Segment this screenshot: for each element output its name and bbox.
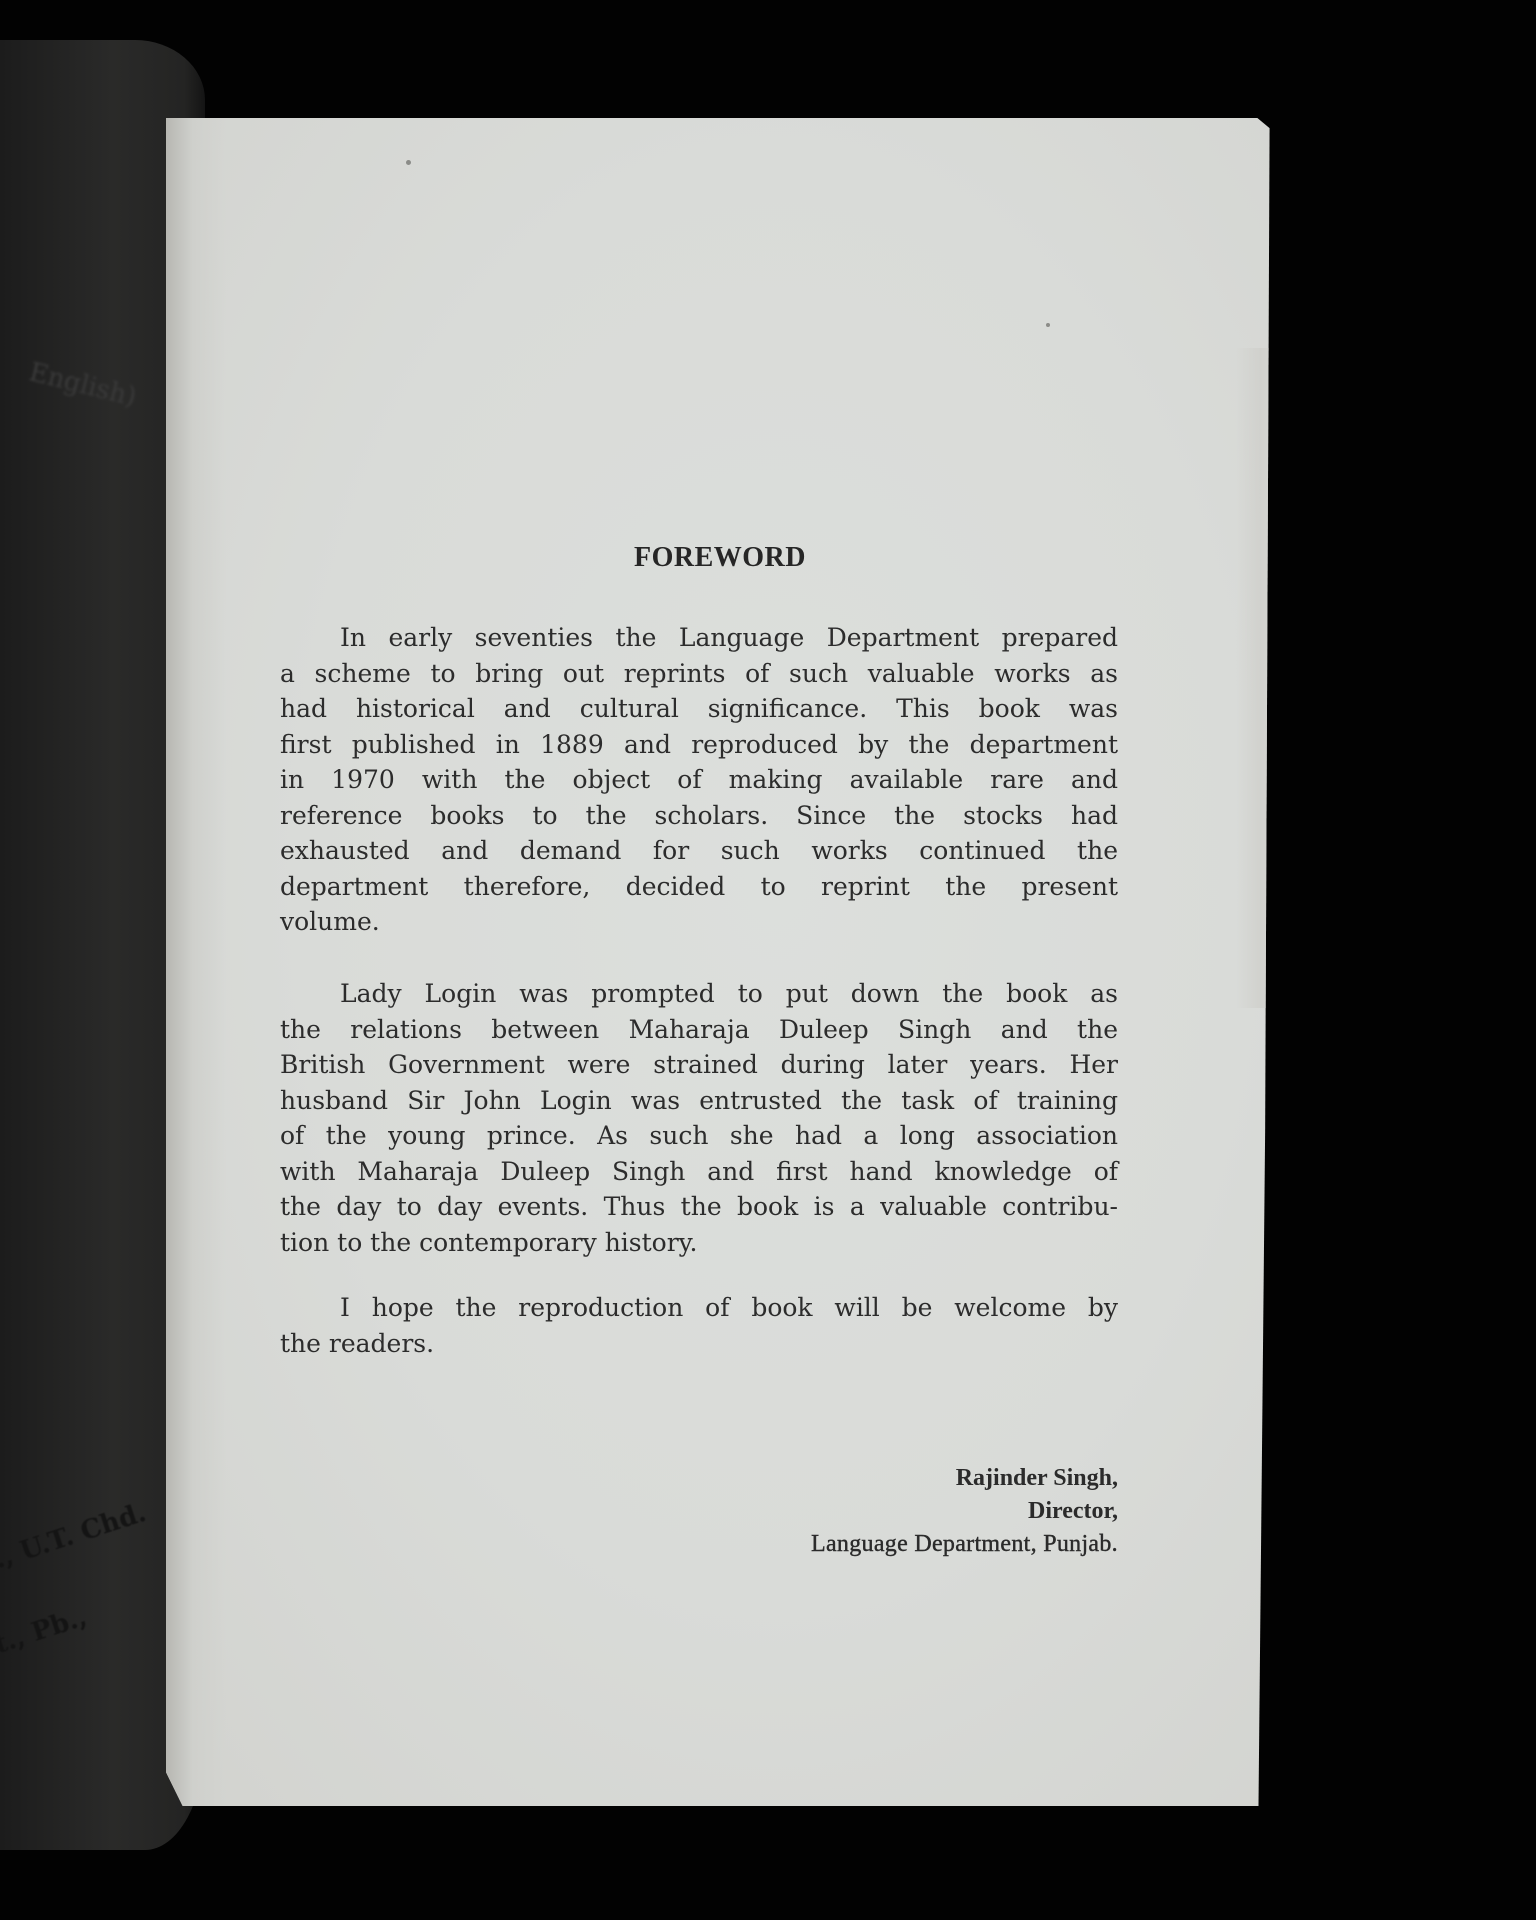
page-title: FOREWORD xyxy=(166,542,1274,574)
text-line: the relations between Maharaja Duleep Si… xyxy=(280,1012,1118,1048)
text-line: of the young prince. As such she had a l… xyxy=(280,1118,1118,1154)
text-line: a scheme to bring out reprints of such v… xyxy=(280,656,1118,692)
text-line: reference books to the scholars. Since t… xyxy=(280,798,1118,834)
paragraph-2: Lady Login was prompted to put down the … xyxy=(280,976,1118,1260)
page-fold-crease xyxy=(1236,348,1276,1008)
gutter-shadow xyxy=(166,118,226,1806)
text-line: the readers. xyxy=(280,1326,1118,1362)
text-line: husband Sir John Login was entrusted the… xyxy=(280,1083,1118,1119)
text-line: British Government were strained during … xyxy=(280,1047,1118,1083)
text-line: exhausted and demand for such works cont… xyxy=(280,833,1118,869)
text-line: had historical and cultural significance… xyxy=(280,691,1118,727)
paragraph-1: In early seventies the Language Departme… xyxy=(280,620,1118,940)
previous-page-text: ., U.T. Chd. xyxy=(0,1498,150,1575)
previous-page-text: English) xyxy=(26,357,139,413)
text-line: In early seventies the Language Departme… xyxy=(280,620,1118,656)
text-line: first published in 1889 and reproduced b… xyxy=(280,727,1118,763)
photo-scene: English) ., U.T. Chd. t., Pb., FOREWORD … xyxy=(0,0,1536,1920)
paragraph-3: I hope the reproduction of book will be … xyxy=(280,1290,1118,1361)
text-line: tion to the contemporary history. xyxy=(280,1225,1118,1261)
text-line: I hope the reproduction of book will be … xyxy=(280,1290,1118,1326)
text-line: Lady Login was prompted to put down the … xyxy=(280,976,1118,1012)
text-line: with Maharaja Duleep Singh and first han… xyxy=(280,1154,1118,1190)
text-line: in 1970 with the object of making availa… xyxy=(280,762,1118,798)
signatory-name: Rajinder Singh, xyxy=(811,1462,1118,1495)
signatory-department: Language Department, Punjab. xyxy=(811,1528,1118,1561)
signatory-title: Director, xyxy=(811,1495,1118,1528)
text-line: the day to day events. Thus the book is … xyxy=(280,1189,1118,1225)
paper-speck xyxy=(406,160,411,165)
previous-page-text: t., Pb., xyxy=(0,1602,90,1660)
text-line: volume. xyxy=(280,904,1118,940)
text-line: department therefore, decided to reprint… xyxy=(280,869,1118,905)
signature-block: Rajinder Singh, Director, Language Depar… xyxy=(811,1462,1118,1561)
paper-speck xyxy=(1046,323,1050,327)
foreword-page: FOREWORD In early seventies the Language… xyxy=(166,118,1274,1806)
